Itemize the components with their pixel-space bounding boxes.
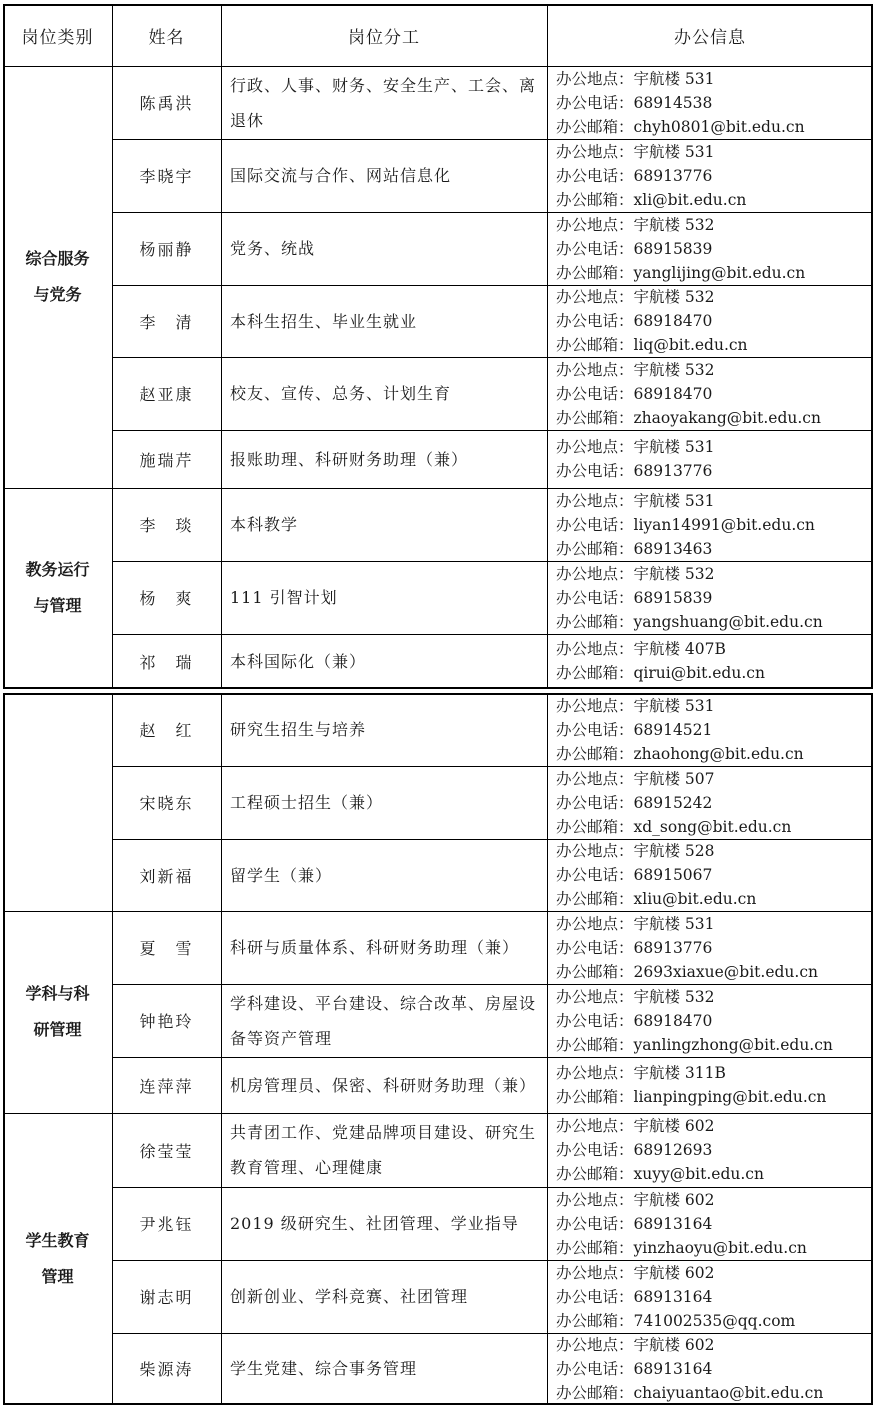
staff-duty: 国际交流与合作、网站信息化 <box>221 139 547 212</box>
staff-name: 祁 瑞 <box>112 634 221 688</box>
office-info: 办公地点：宇航楼 532办公电话：68918470办公邮箱：zhaoyakang… <box>547 357 873 430</box>
header-category: 岗位类别 <box>3 4 112 66</box>
office-email[interactable]: 办公邮箱：yangshuang@bit.edu.cn <box>556 610 823 634</box>
staff-duty: 111 引智计划 <box>221 561 547 634</box>
category-label-line2: 管理 <box>41 1259 73 1295</box>
staff-name: 陈禹洪 <box>112 66 221 139</box>
staff-duty: 创新创业、学科竞赛、社团管理 <box>221 1260 547 1333</box>
office-info: 办公地点：宇航楼 531办公电话：liyan14991@bit.edu.cn办公… <box>547 488 873 561</box>
office-email[interactable]: 办公邮箱：chyh0801@bit.edu.cn <box>556 115 805 139</box>
office-info: 办公地点：宇航楼 507办公电话：68915242办公邮箱：xd_song@bi… <box>547 766 873 839</box>
office-info: 办公地点：宇航楼 531办公电话：68914538办公邮箱：chyh0801@b… <box>547 66 873 139</box>
staff-duty: 科研与质量体系、科研财务助理（兼） <box>221 911 547 984</box>
header-name: 姓名 <box>112 4 221 66</box>
office-location: 办公地点：宇航楼 311B <box>556 1061 726 1085</box>
office-email[interactable]: 办公邮箱：zhaoyakang@bit.edu.cn <box>556 406 821 430</box>
staff-name: 尹兆钰 <box>112 1187 221 1260</box>
office-info: 办公地点：宇航楼 532办公电话：68918470办公邮箱：liq@bit.ed… <box>547 285 873 357</box>
office-location: 办公地点：宇航楼 602 <box>556 1261 715 1285</box>
office-phone: 办公电话：68915839 <box>556 586 712 610</box>
office-email[interactable]: 办公邮箱：yanlingzhong@bit.edu.cn <box>556 1033 833 1057</box>
office-location: 办公地点：宇航楼 531 <box>556 67 715 91</box>
office-email[interactable]: 办公邮箱：xd_song@bit.edu.cn <box>556 815 791 839</box>
staff-name: 杨 爽 <box>112 561 221 634</box>
staff-name: 李晓宇 <box>112 139 221 212</box>
office-location: 办公地点：宇航楼 602 <box>556 1333 715 1357</box>
staff-duty: 本科国际化（兼） <box>221 634 547 688</box>
office-email[interactable]: 办公邮箱：zhaohong@bit.edu.cn <box>556 742 804 766</box>
office-phone: 办公电话：liyan14991@bit.edu.cn <box>556 513 815 537</box>
staff-name: 刘新福 <box>112 839 221 911</box>
staff-duty: 校友、宣传、总务、计划生育 <box>221 357 547 430</box>
office-info: 办公地点：宇航楼 602办公电话：68912693办公邮箱：xuyy@bit.e… <box>547 1113 873 1187</box>
office-location: 办公地点：宇航楼 528 <box>556 839 715 863</box>
office-location: 办公地点：宇航楼 602 <box>556 1188 715 1212</box>
office-info: 办公地点：宇航楼 602办公电话：68913164办公邮箱：741002535@… <box>547 1260 873 1333</box>
office-phone: 办公电话：68913776 <box>556 164 712 188</box>
staff-name: 赵 红 <box>112 693 221 766</box>
office-phone: 办公电话：68915839 <box>556 237 712 261</box>
office-info: 办公地点：宇航楼 602办公电话：68913164办公邮箱：yinzhaoyu@… <box>547 1187 873 1260</box>
office-info: 办公地点：宇航楼 311B办公邮箱：lianpingping@bit.edu.c… <box>547 1057 873 1113</box>
office-info: 办公地点：宇航楼 531办公电话：68913776办公邮箱：2693xiaxue… <box>547 911 873 984</box>
category-label-line1: 学科与科 <box>25 976 89 1012</box>
office-email[interactable]: 办公邮箱：chaiyuantao@bit.edu.cn <box>556 1381 823 1405</box>
category-label-line2: 与管理 <box>33 588 81 624</box>
staff-duty: 学生党建、综合事务管理 <box>221 1333 547 1404</box>
office-location: 办公地点：宇航楼 507 <box>556 767 715 791</box>
office-location: 办公地点：宇航楼 532 <box>556 358 715 382</box>
category-label-line2: 研管理 <box>33 1012 81 1048</box>
office-location: 办公地点：宇航楼 532 <box>556 562 715 586</box>
office-info: 办公地点：宇航楼 602办公电话：68913164办公邮箱：chaiyuanta… <box>547 1333 873 1404</box>
staff-duty: 工程硕士招生（兼） <box>221 766 547 839</box>
office-info: 办公地点：宇航楼 532办公电话：68915839办公邮箱：yangshuang… <box>547 561 873 634</box>
staff-duty: 机房管理员、保密、科研财务助理（兼） <box>221 1057 547 1113</box>
category-cell: 学生教育管理 <box>3 1113 112 1404</box>
office-phone: 办公电话：68913776 <box>556 936 712 960</box>
office-info: 办公地点：宇航楼 407B办公邮箱：qirui@bit.edu.cn <box>547 634 873 688</box>
office-email[interactable]: 办公邮箱：xliu@bit.edu.cn <box>556 887 756 911</box>
office-info: 办公地点：宇航楼 531办公电话：68914521办公邮箱：zhaohong@b… <box>547 693 873 766</box>
staff-name: 连萍萍 <box>112 1057 221 1113</box>
category-cell: 教务运行与管理 <box>3 488 112 688</box>
office-phone: 办公电话：68913164 <box>556 1357 712 1381</box>
office-info: 办公地点：宇航楼 532办公电话：68915839办公邮箱：yanglijing… <box>547 212 873 285</box>
staff-name: 徐莹莹 <box>112 1113 221 1187</box>
header-office-info: 办公信息 <box>547 4 873 66</box>
staff-duty: 共青团工作、党建品牌项目建设、研究生教育管理、心理健康 <box>221 1113 547 1187</box>
staff-name: 谢志明 <box>112 1260 221 1333</box>
staff-duty: 学科建设、平台建设、综合改革、房屋设备等资产管理 <box>221 984 547 1057</box>
staff-duty: 2019 级研究生、社团管理、学业指导 <box>221 1187 547 1260</box>
staff-duty: 报账助理、科研财务助理（兼） <box>221 430 547 488</box>
office-phone: 办公电话：68918470 <box>556 309 712 333</box>
office-info: 办公地点：宇航楼 531办公电话：68913776 <box>547 430 873 488</box>
office-email[interactable]: 办公邮箱：yinzhaoyu@bit.edu.cn <box>556 1236 807 1260</box>
office-location: 办公地点：宇航楼 602 <box>556 1114 715 1138</box>
staff-duty: 研究生招生与培养 <box>221 693 547 766</box>
staff-duty: 本科教学 <box>221 488 547 561</box>
office-phone: 办公电话：68913776 <box>556 459 712 483</box>
office-location: 办公地点：宇航楼 531 <box>556 912 715 936</box>
office-info: 办公地点：宇航楼 532办公电话：68918470办公邮箱：yanlingzho… <box>547 984 873 1057</box>
office-phone: 办公电话：68915067 <box>556 863 712 887</box>
office-location: 办公地点：宇航楼 531 <box>556 435 715 459</box>
office-info: 办公地点：宇航楼 528办公电话：68915067办公邮箱：xliu@bit.e… <box>547 839 873 911</box>
office-location: 办公地点：宇航楼 532 <box>556 285 715 309</box>
staff-name: 赵亚康 <box>112 357 221 430</box>
staff-duty: 留学生（兼） <box>221 839 547 911</box>
office-email[interactable]: 办公邮箱：xuyy@bit.edu.cn <box>556 1162 764 1186</box>
office-email[interactable]: 办公邮箱：xli@bit.edu.cn <box>556 188 746 212</box>
office-email[interactable]: 办公邮箱：741002535@qq.com <box>556 1309 795 1333</box>
staff-name: 杨丽静 <box>112 212 221 285</box>
office-phone: 办公电话：68913164 <box>556 1285 712 1309</box>
office-location: 办公地点：宇航楼 532 <box>556 213 715 237</box>
category-label-line1: 学生教育 <box>25 1223 89 1259</box>
staff-name: 李 琰 <box>112 488 221 561</box>
office-location: 办公地点：宇航楼 531 <box>556 140 715 164</box>
office-phone: 办公电话：68914521 <box>556 718 712 742</box>
office-location: 办公地点：宇航楼 407B <box>556 637 726 661</box>
category-label-line2: 与党务 <box>33 277 81 313</box>
office-email[interactable]: 办公邮箱：68913463 <box>556 537 712 561</box>
office-phone: 办公电话：68918470 <box>556 382 712 406</box>
category-cell: 学科与科研管理 <box>3 911 112 1113</box>
staff-name: 钟艳玲 <box>112 984 221 1057</box>
staff-name: 李 清 <box>112 285 221 357</box>
category-cell <box>3 693 112 911</box>
header-duty: 岗位分工 <box>221 4 547 66</box>
office-email[interactable]: 办公邮箱：lianpingping@bit.edu.cn <box>556 1085 826 1109</box>
office-phone: 办公电话：68918470 <box>556 1009 712 1033</box>
office-phone: 办公电话：68914538 <box>556 91 712 115</box>
staff-name: 柴源涛 <box>112 1333 221 1404</box>
office-info: 办公地点：宇航楼 531办公电话：68913776办公邮箱：xli@bit.ed… <box>547 139 873 212</box>
office-phone: 办公电话：68913164 <box>556 1212 712 1236</box>
staff-duty: 本科生招生、毕业生就业 <box>221 285 547 357</box>
office-phone: 办公电话：68912693 <box>556 1138 712 1162</box>
staff-name: 夏 雪 <box>112 911 221 984</box>
office-email[interactable]: 办公邮箱：yanglijing@bit.edu.cn <box>556 261 805 285</box>
office-location: 办公地点：宇航楼 532 <box>556 985 715 1009</box>
staff-name: 施瑞芹 <box>112 430 221 488</box>
staff-name: 宋晓东 <box>112 766 221 839</box>
office-email[interactable]: 办公邮箱：qirui@bit.edu.cn <box>556 661 765 685</box>
office-location: 办公地点：宇航楼 531 <box>556 694 715 718</box>
category-label-line1: 教务运行 <box>25 552 89 588</box>
staff-duty: 党务、统战 <box>221 212 547 285</box>
office-location: 办公地点：宇航楼 531 <box>556 489 715 513</box>
staff-duty: 行政、人事、财务、安全生产、工会、离退休 <box>221 66 547 139</box>
office-email[interactable]: 办公邮箱：2693xiaxue@bit.edu.cn <box>556 960 818 984</box>
category-label-line1: 综合服务 <box>25 241 89 277</box>
office-email[interactable]: 办公邮箱：liq@bit.edu.cn <box>556 333 748 357</box>
office-phone: 办公电话：68915242 <box>556 791 712 815</box>
category-cell: 综合服务与党务 <box>3 66 112 488</box>
